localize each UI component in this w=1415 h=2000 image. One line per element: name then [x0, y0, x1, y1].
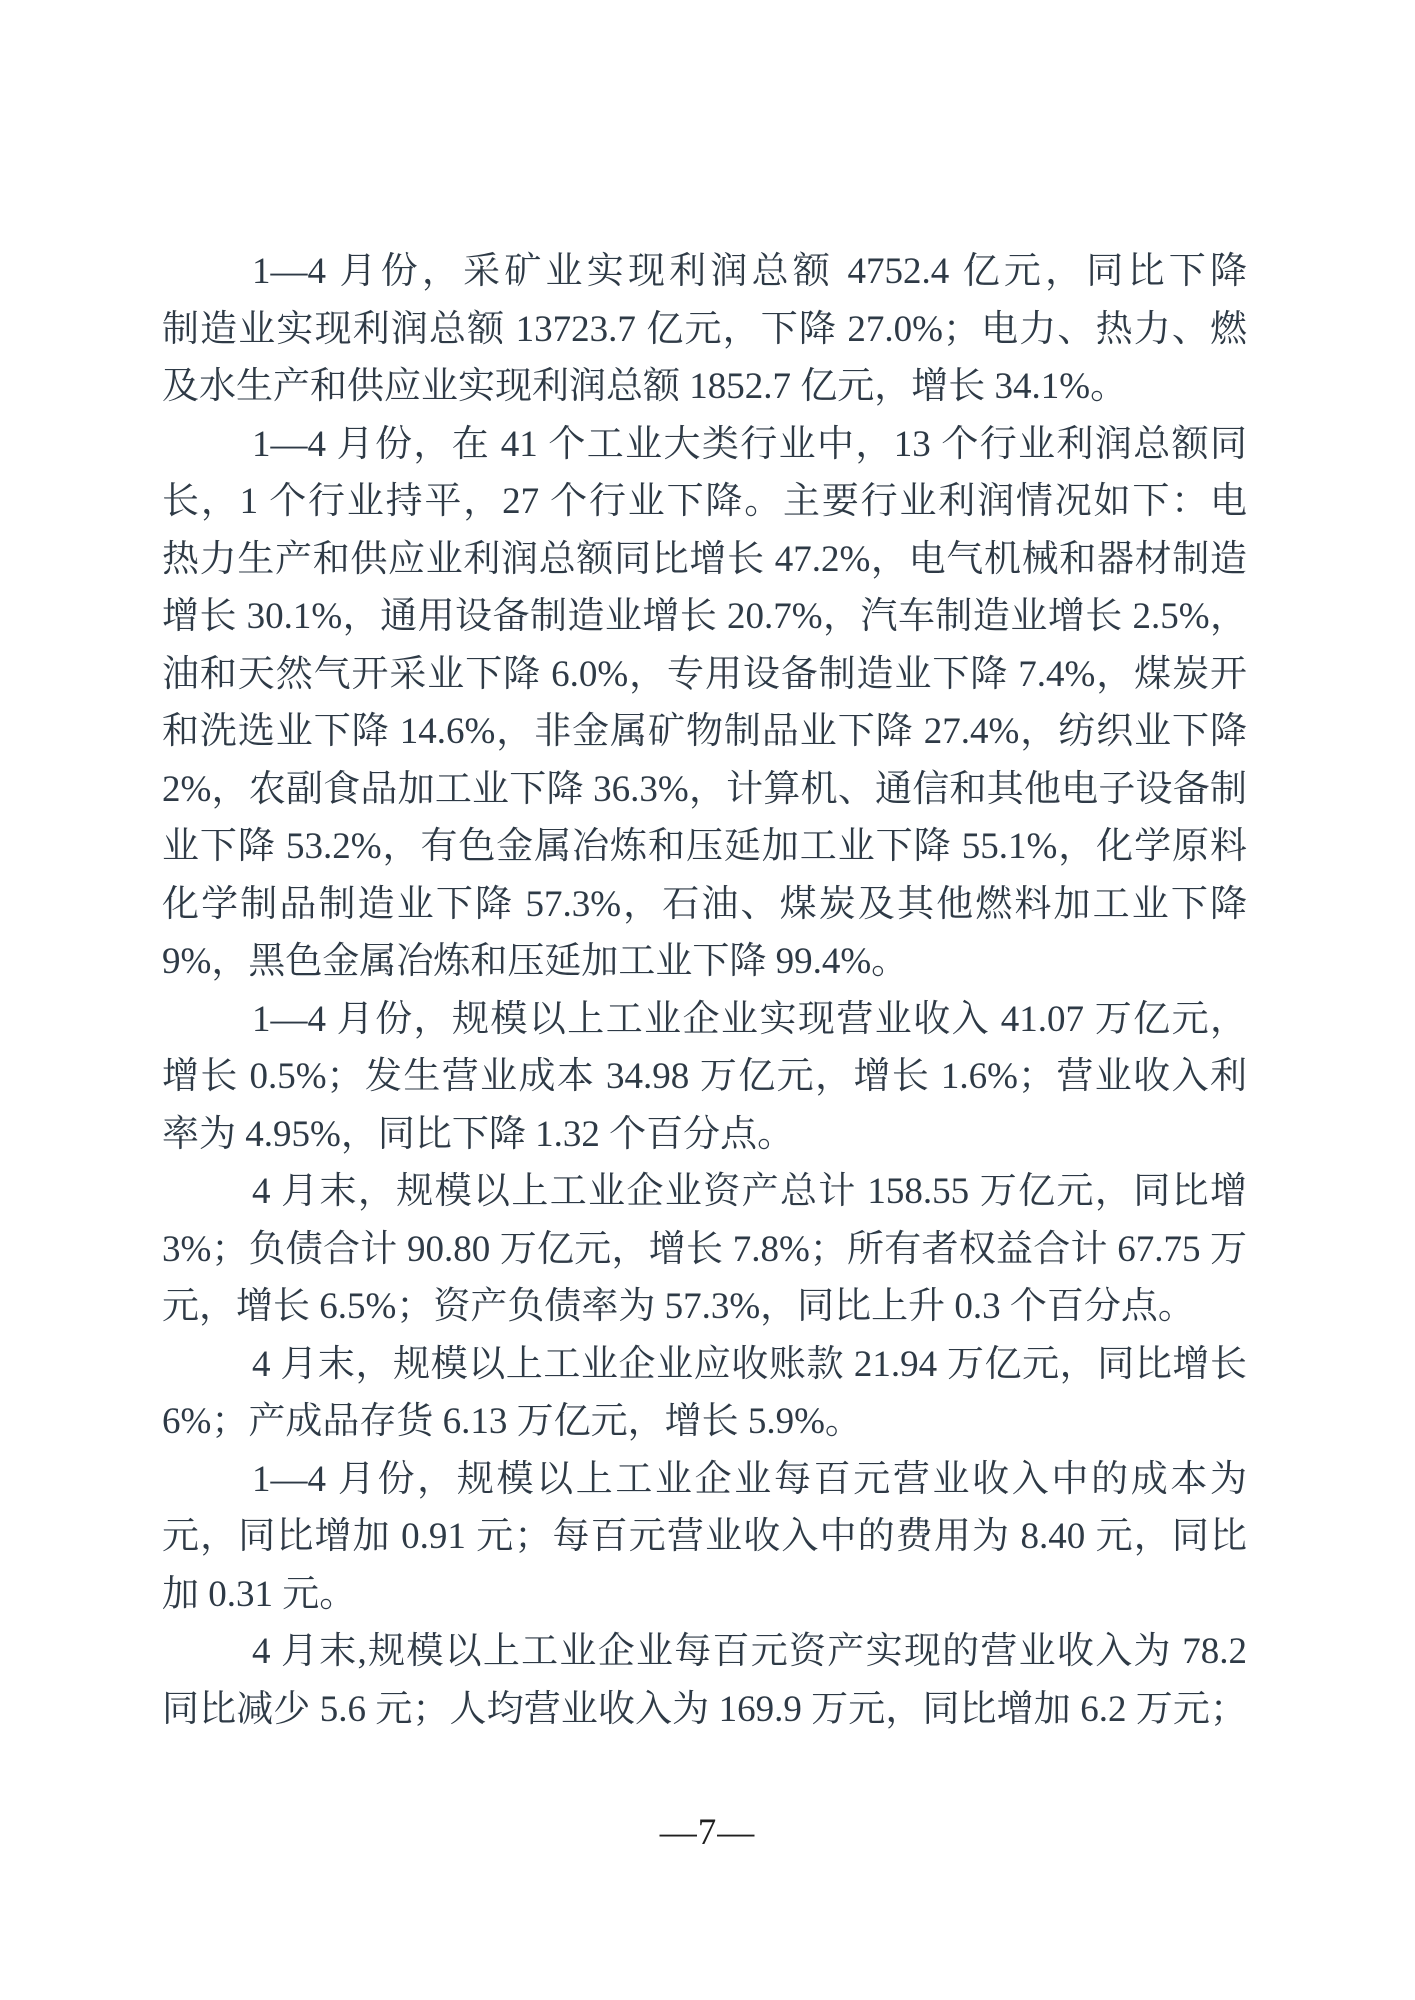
paragraph: 1—4 月份，采矿业实现利润总额 4752.4 亿元，同比下降 12.3%；制造… [162, 243, 1247, 416]
paragraph: 1—4 月份，规模以上工业企业每百元营业收入中的成本为 85.18元，同比增加 … [162, 1451, 1247, 1624]
text-line: 热力生产和供应业利润总额同比增长 47.2%，电气机械和器材制造业 [162, 531, 1247, 589]
text-line: 2%，农副食品加工业下降 36.3%，计算机、通信和其他电子设备制造 [162, 761, 1247, 819]
paragraph: 1—4 月份，规模以上工业企业实现营业收入 41.07 万亿元，同比增长 0.5… [162, 991, 1247, 1164]
text-line: 率为 4.95%，同比下降 1.32 个百分点。 [162, 1106, 1247, 1164]
text-line: 1—4 月份，在 41 个工业大类行业中，13 个行业利润总额同比增 [162, 416, 1247, 474]
text-line: 元，增长 6.5%；资产负债率为 57.3%，同比上升 0.3 个百分点。 [162, 1278, 1247, 1336]
text-line: 增长 30.1%，通用设备制造业增长 20.7%，汽车制造业增长 2.5%，石 [162, 588, 1247, 646]
paragraph: 4 月末,规模以上工业企业每百元资产实现的营业收入为 78.2 元，同比减少 5… [162, 1623, 1247, 1738]
text-line: 油和天然气开采业下降 6.0%，专用设备制造业下降 7.4%，煤炭开采 [162, 646, 1247, 704]
text-line: 同比减少 5.6 元；人均营业收入为 169.9 万元，同比增加 6.2 万元；… [162, 1681, 1247, 1739]
text-line: 4 月末，规模以上工业企业资产总计 158.55 万亿元，同比增长 7. [162, 1163, 1247, 1221]
text-line: 和洗选业下降 14.6%，非金属矿物制品业下降 27.4%，纺织业下降 30. [162, 703, 1247, 761]
text-line: 9%，黑色金属冶炼和压延加工业下降 99.4%。 [162, 933, 1247, 991]
text-line: 1—4 月份，采矿业实现利润总额 4752.4 亿元，同比下降 12.3%； [162, 243, 1247, 301]
paragraph: 4 月末，规模以上工业企业应收账款 21.94 万亿元，同比增长 12.6%；产… [162, 1336, 1247, 1451]
text-line: 6%；产成品存货 6.13 万亿元，增长 5.9%。 [162, 1393, 1247, 1451]
text-line: 元，同比增加 0.91 元；每百元营业收入中的费用为 8.40 元，同比增 [162, 1508, 1247, 1566]
text-line: 制造业实现利润总额 13723.7 亿元，下降 27.0%；电力、热力、燃气 [162, 301, 1247, 359]
text-line: 及水生产和供应业实现利润总额 1852.7 亿元，增长 34.1%。 [162, 358, 1247, 416]
text-line: 增长 0.5%；发生营业成本 34.98 万亿元，增长 1.6%；营业收入利润 [162, 1048, 1247, 1106]
text-line: 4 月末，规模以上工业企业应收账款 21.94 万亿元，同比增长 12. [162, 1336, 1247, 1394]
text-line: 化学制品制造业下降 57.3%，石油、煤炭及其他燃料加工业下降 87. [162, 876, 1247, 934]
text-line: 长，1 个行业持平，27 个行业下降。主要行业利润情况如下：电力、 [162, 473, 1247, 531]
document-page: 1—4 月份，采矿业实现利润总额 4752.4 亿元，同比下降 12.3%；制造… [0, 0, 1415, 2000]
text-line: 加 0.31 元。 [162, 1566, 1247, 1624]
text-line: 1—4 月份，规模以上工业企业每百元营业收入中的成本为 85.18 [162, 1451, 1247, 1509]
page-number: —7— [0, 1804, 1415, 1861]
text-line: 4 月末,规模以上工业企业每百元资产实现的营业收入为 78.2 元， [162, 1623, 1247, 1681]
paragraph: 4 月末，规模以上工业企业资产总计 158.55 万亿元，同比增长 7.3%；负… [162, 1163, 1247, 1336]
text-line: 1—4 月份，规模以上工业企业实现营业收入 41.07 万亿元，同比 [162, 991, 1247, 1049]
text-line: 3%；负债合计 90.80 万亿元，增长 7.8%；所有者权益合计 67.75 … [162, 1221, 1247, 1279]
body-text: 1—4 月份，采矿业实现利润总额 4752.4 亿元，同比下降 12.3%；制造… [162, 243, 1247, 1738]
text-line: 业下降 53.2%，有色金属冶炼和压延加工业下降 55.1%，化学原料和 [162, 818, 1247, 876]
paragraph: 1—4 月份，在 41 个工业大类行业中，13 个行业利润总额同比增长，1 个行… [162, 416, 1247, 991]
